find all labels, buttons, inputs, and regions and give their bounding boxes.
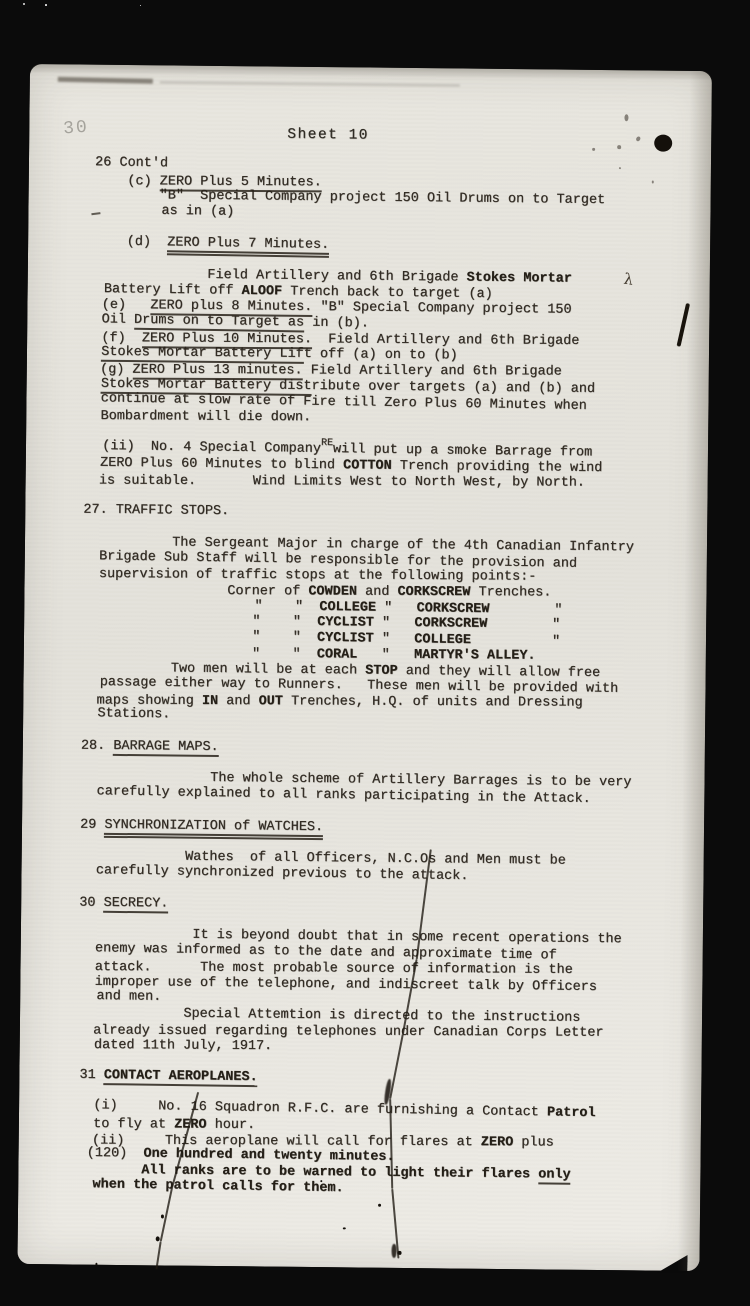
- ink-speck: [95, 1263, 97, 1266]
- text-segment: and they will allow free: [398, 663, 601, 680]
- text-line: (c) ZERO Plus 5 Minutes.: [87, 174, 693, 193]
- text-segment: Trenches, H.Q. of units and Dressing: [283, 694, 583, 710]
- text-segment: in (b).: [304, 315, 369, 331]
- text-segment: ": [374, 632, 415, 648]
- text-segment: ZERO Plus 60 Minutes to blind: [84, 456, 343, 474]
- text-segment: dated 11th July, 1917.: [78, 1038, 273, 1054]
- crease-line: [155, 1241, 161, 1269]
- text-segment: MARTYR'S ALLEY.: [414, 648, 536, 664]
- text-segment: 29: [80, 817, 104, 832]
- ink-speck: [398, 1251, 402, 1255]
- text-segment: (g): [84, 363, 133, 378]
- text-segment: CONTACT AEROPLANES.: [104, 1068, 258, 1087]
- text-segment: ZERO: [481, 1135, 513, 1150]
- text-segment: and: [218, 694, 259, 709]
- text-segment: ": [489, 602, 562, 618]
- crease-line: [391, 1189, 399, 1259]
- text-segment: CORKSCREW: [414, 616, 487, 632]
- text-segment: (d): [86, 234, 167, 250]
- text-segment: ZERO Plus 5 Minutes.: [160, 174, 322, 192]
- scanner-dust-speck: [45, 4, 47, 6]
- text-segment: 28.: [81, 739, 114, 754]
- text-segment: ZERO Plus 10 Minutes.: [142, 331, 312, 349]
- text-segment: Stations.: [81, 706, 170, 722]
- text-segment: hour.: [206, 1118, 255, 1133]
- text-segment: IN: [202, 694, 218, 709]
- text-segment: (ii) No. 4 Special Company: [86, 438, 321, 456]
- scan-edge-streak: [58, 77, 153, 84]
- text-segment: (c): [87, 174, 160, 189]
- text-segment: Bombardment will die down.: [84, 409, 311, 425]
- text-segment: COLLEGE: [414, 632, 471, 648]
- text-segment: [76, 1177, 92, 1192]
- text-segment: RE: [321, 438, 333, 449]
- sheet-title: Sheet 10: [287, 127, 369, 144]
- text-segment: COWDEN: [308, 584, 357, 599]
- text-line: [85, 253, 691, 271]
- text-segment: [85, 345, 101, 360]
- text-segment: ribute over targets (a) and (b) and: [311, 379, 595, 397]
- text-segment: Field Artillery and 6th Brigade: [303, 364, 562, 380]
- text-segment: ZERO Plus 13 minutes.: [132, 363, 302, 381]
- folded-corner: [657, 1255, 687, 1273]
- scan-edge-streak: [160, 81, 460, 86]
- text-segment: Stokes Mortar: [466, 271, 571, 287]
- text-segment: supervision of traffic stops at the foll…: [83, 567, 537, 585]
- text-segment: ": [374, 616, 415, 631]
- text-segment: ": [357, 647, 414, 662]
- text-segment: COLLEGE: [319, 600, 376, 616]
- scanner-dust-speck: [23, 3, 25, 5]
- text-segment: Battery Lift off: [88, 281, 242, 298]
- text-segment: attack. The most probable source of info…: [78, 960, 572, 978]
- text-segment: Oil: [85, 312, 134, 328]
- text-segment: CORKSCREW: [397, 585, 470, 600]
- text-segment: " ": [84, 596, 319, 614]
- text-segment: t off (a) on to (b): [304, 347, 458, 364]
- text-segment: 30: [79, 896, 103, 911]
- text-segment: One hundred and twenty minutes.: [143, 1147, 394, 1165]
- text-segment: and men.: [80, 989, 161, 1005]
- text-line: (f) ZERO Plus 10 Minutes. Field Artiller…: [85, 331, 691, 350]
- text-segment: when the patrol calls for them.: [92, 1177, 343, 1196]
- stamp-page-number: 30: [63, 118, 90, 140]
- ink-speck: [624, 114, 628, 121]
- text-segment: Drums on to Target as: [134, 313, 304, 333]
- text-segment: [85, 376, 101, 391]
- text-segment: OUT: [259, 694, 283, 709]
- ink-blotch: [392, 1244, 397, 1258]
- text-segment: CORAL: [317, 647, 358, 662]
- text-segment: to fly at: [77, 1117, 174, 1133]
- text-segment: ": [487, 617, 560, 633]
- text-segment: plus: [513, 1135, 554, 1150]
- text-segment: is suitable. Wind Limits West to North W…: [83, 473, 585, 490]
- text-line: [83, 489, 689, 508]
- text-segment: (f): [85, 331, 142, 346]
- text-segment: (120): [78, 1146, 143, 1162]
- ink-speck: [343, 1227, 346, 1229]
- text-segment: and: [357, 585, 398, 600]
- text-segment: ALOOF: [241, 283, 282, 299]
- text-segment: 31: [79, 1068, 104, 1083]
- text-segment: CYCLIST: [317, 631, 374, 647]
- ink-speck: [617, 145, 621, 149]
- typewritten-text: 26 Cont'd (c) ZERO Plus 5 Minutes. "B" S…: [76, 157, 693, 1201]
- text-line: [79, 803, 685, 821]
- text-segment: STOP: [365, 663, 398, 678]
- text-segment: Trench back to target (a): [282, 284, 493, 302]
- text-segment: ZERO: [174, 1117, 206, 1132]
- ink-speck: [161, 1214, 164, 1218]
- text-segment: ": [376, 600, 417, 616]
- document-page: 30 Sheet 10 26 Cont'd (c) ZERO Plus 5 Mi…: [17, 64, 712, 1271]
- text-segment: only: [538, 1167, 571, 1184]
- pen-mark: λ: [622, 270, 634, 289]
- text-line: (g) ZERO Plus 13 minutes. Field Artiller…: [84, 363, 690, 381]
- ink-speck: [378, 1204, 381, 1207]
- text-segment: CYCLIST: [317, 615, 374, 631]
- text-segment: ": [471, 633, 560, 649]
- text-segment: will put up a smoke Barrage from: [333, 442, 592, 460]
- ink-blot: [654, 135, 672, 152]
- text-segment: " ": [82, 646, 317, 662]
- text-line: [78, 913, 684, 931]
- ink-speck: [635, 136, 641, 142]
- text-segment: SECRECY.: [103, 896, 168, 914]
- text-segment: COTTON: [343, 459, 392, 475]
- text-segment: Field Artillery and 6th Brigade: [312, 332, 579, 349]
- ink-speck: [156, 1236, 160, 1241]
- text-segment: 26 Cont'd: [87, 155, 168, 171]
- text-segment: Trenches.: [470, 585, 551, 600]
- ink-speck: [592, 148, 595, 151]
- scanner-dust-speck: [140, 5, 141, 6]
- text-segment: [76, 1163, 141, 1179]
- scanned-document-screenshot: { "page": { "sheet_title": "Sheet 10", "…: [0, 0, 750, 1306]
- text-segment: as in (a): [88, 203, 234, 220]
- text-segment: CORKSCREW: [416, 601, 489, 617]
- text-segment: " ": [82, 627, 317, 646]
